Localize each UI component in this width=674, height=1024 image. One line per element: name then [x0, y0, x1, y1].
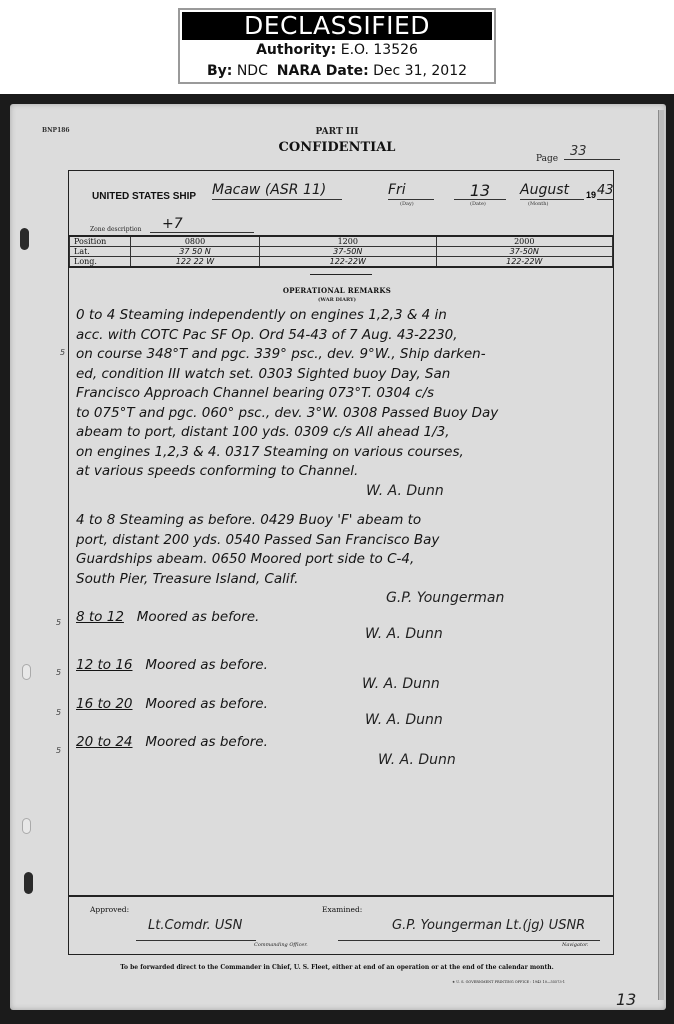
approved-label: Approved: — [90, 905, 129, 914]
entry-line: South Pier, Treasure Island, Calif. — [76, 570, 608, 590]
watch-entry: 8 to 12 Moored as before. — [76, 608, 259, 628]
watch-officer-signature: G.P. Youngerman — [76, 589, 608, 609]
watch-text: Moored as before. — [137, 609, 260, 625]
section-divider — [310, 274, 372, 275]
margin-mark: 5 — [56, 668, 61, 677]
lat-2000: 37-50N — [436, 247, 613, 257]
entry-line: abeam to port, distant 100 yds. 0309 c/s… — [76, 423, 608, 443]
co-caption: Commanding Officer. — [254, 942, 308, 948]
margin-mark: 5 — [56, 618, 61, 627]
lat-1200: 37-50N — [260, 247, 437, 257]
entry-line: port, distant 200 yds. 0540 Passed San F… — [76, 531, 608, 551]
entry-line: Francisco Approach Channel bearing 073°T… — [76, 384, 608, 404]
long-0800: 122 22 W — [131, 257, 260, 268]
entry-line: 4 to 8 Steaming as before. 0429 Buoy 'F'… — [76, 511, 608, 531]
watch-officer-signature: W. A. Dunn — [378, 752, 456, 768]
part-heading: PART III — [0, 127, 674, 137]
long-label: Long. — [70, 257, 131, 268]
binder-hole-icon — [22, 818, 31, 834]
watch-period: 8 to 12 — [76, 609, 124, 625]
position-header: Position — [70, 236, 131, 247]
watch-entry: 20 to 24 Moored as before. — [76, 733, 268, 753]
watch-period: 16 to 20 — [76, 696, 133, 712]
watch-officer-signature: W. A. Dunn — [365, 626, 443, 642]
stamp-title: DECLASSIFIED — [182, 12, 492, 40]
margin-mark: 5 — [60, 348, 65, 357]
watch-entry: 12 to 16 Moored as before. — [76, 656, 268, 676]
page-label: Page — [536, 154, 558, 164]
year-field: 43 — [597, 182, 613, 200]
declassified-stamp: DECLASSIFIED Authority: E.O. 13526 By: N… — [178, 8, 496, 84]
printer-imprint: ★ U. S. GOVERNMENT PRINTING OFFICE : 194… — [452, 980, 565, 984]
sheet-edge — [658, 110, 664, 1000]
navigator-signature: G.P. Youngerman Lt.(jg) USNR — [392, 918, 585, 933]
position-header-row: Position 0800 1200 2000 — [70, 236, 613, 247]
stamp-by-date: By: NDC NARA Date: Dec 31, 2012 — [180, 61, 494, 82]
watch-period: 12 to 16 — [76, 657, 133, 673]
binder-hole-icon — [22, 664, 31, 680]
navigator-signature-line — [338, 940, 600, 941]
entry-line: Guardships abeam. 0650 Moored port side … — [76, 550, 608, 570]
forwarding-note: To be forwarded direct to the Commander … — [0, 964, 674, 971]
date-field: 13 — [454, 182, 506, 200]
co-signature-line — [136, 940, 256, 941]
margin-mark: 5 — [56, 708, 61, 717]
binder-hole-icon — [20, 228, 29, 250]
entry-line: acc. with COTC Pac SF Op. Ord 54-43 of 7… — [76, 326, 608, 346]
day-field: Fri — [388, 182, 434, 200]
time-0800: 0800 — [131, 236, 260, 247]
long-2000: 122-22W — [436, 257, 613, 268]
remarks-subtitle: (WAR DIARY) — [0, 297, 674, 303]
entry-spacer — [76, 501, 608, 511]
entry-line: ed, condition III watch set. 0303 Sighte… — [76, 365, 608, 385]
lat-0800: 37 50 N — [131, 247, 260, 257]
entry-line: at various speeds conforming to Channel. — [76, 462, 608, 482]
entry-line: 0 to 4 Steaming independently on engines… — [76, 306, 608, 326]
watch-officer-signature: W. A. Dunn — [76, 482, 608, 502]
watch-officer-signature: W. A. Dunn — [362, 676, 440, 692]
day-caption: (Day) — [400, 201, 414, 207]
month-field: August — [520, 182, 584, 200]
commanding-officer-signature: Lt.Comdr. USN — [148, 918, 242, 933]
folio-number: 13 — [616, 990, 636, 1009]
zone-label: Zone description — [90, 226, 141, 233]
navigator-caption: Navigator. — [562, 942, 588, 948]
stamp-authority: Authority: E.O. 13526 — [180, 40, 494, 61]
margin-mark: 5 — [56, 746, 61, 755]
war-diary-entries: 0 to 4 Steaming independently on engines… — [76, 306, 608, 609]
watch-text: Moored as before. — [145, 734, 268, 750]
remarks-title: OPERATIONAL REMARKS — [0, 286, 674, 295]
zone-value: +7 — [150, 216, 254, 233]
long-row: Long. 122 22 W 122-22W 122-22W — [70, 257, 613, 268]
watch-entry: 16 to 20 Moored as before. — [76, 695, 268, 715]
ship-name-field: Macaw (ASR 11) — [212, 182, 342, 200]
watch-text: Moored as before. — [145, 657, 268, 673]
entry-line: to 075°T and pgc. 060° psc., dev. 3°W. 0… — [76, 404, 608, 424]
entry-line: on engines 1,2,3 & 4. 0317 Steaming on v… — [76, 443, 608, 463]
year-prefix: 19 — [586, 190, 596, 200]
time-2000: 2000 — [436, 236, 613, 247]
month-caption: (Month) — [528, 201, 548, 207]
examined-label: Examined: — [322, 905, 362, 914]
watch-period: 20 to 24 — [76, 734, 133, 750]
entry-line: on course 348°T and pgc. 339° psc., dev.… — [76, 345, 608, 365]
date-caption: (Date) — [470, 201, 486, 207]
watch-officer-signature: W. A. Dunn — [365, 712, 443, 728]
position-table: Position 0800 1200 2000 Lat. 37 50 N 37-… — [69, 235, 613, 268]
lat-row: Lat. 37 50 N 37-50N 37-50N — [70, 247, 613, 257]
ship-label: UNITED STATES SHIP — [92, 191, 196, 202]
time-1200: 1200 — [260, 236, 437, 247]
binder-hole-icon — [24, 872, 33, 894]
watch-text: Moored as before. — [145, 696, 268, 712]
page-number: 33 — [564, 145, 620, 160]
long-1200: 122-22W — [260, 257, 437, 268]
lat-label: Lat. — [70, 247, 131, 257]
